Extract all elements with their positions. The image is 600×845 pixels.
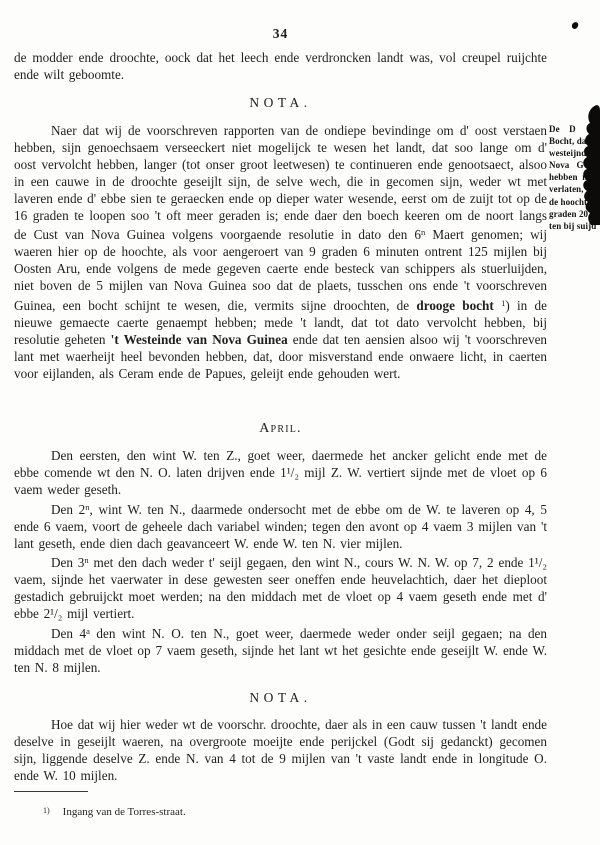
april-entry-2: Den 2n, wint W. ten N., daarmede onderso… bbox=[14, 499, 547, 553]
april-section: Den eersten, den wint W. ten Z., goet we… bbox=[14, 448, 547, 677]
april-entry-3: Den 3n met den dach weder t' seijl gegae… bbox=[14, 552, 547, 623]
nota-section-2: Hoe dat wij hier weder wt de voorschr. d… bbox=[14, 717, 547, 785]
nota-section-1: Naer dat wij de voorschreven rapporten v… bbox=[14, 123, 547, 383]
april-entry-4: Den 4a den wint N. O. ten N., goet weer,… bbox=[14, 623, 547, 677]
footnote: 1)Ingang van de Torres-straat. bbox=[43, 806, 186, 818]
ink-blot bbox=[574, 103, 600, 229]
ink-dot bbox=[571, 21, 579, 30]
nota-paragraph-1: Naer dat wij de voorschreven rapporten v… bbox=[14, 123, 547, 383]
footnote-rule bbox=[14, 791, 88, 792]
footnote-text: Ingang van de Torres-straat. bbox=[63, 806, 186, 818]
intro-paragraph-block: de modder ende droochte, oock dat het le… bbox=[14, 50, 547, 84]
footnote-marker: 1) bbox=[43, 806, 50, 815]
april-heading: April. bbox=[14, 421, 547, 437]
intro-paragraph: de modder ende droochte, oock dat het le… bbox=[14, 50, 547, 84]
april-entry-1: Den eersten, den wint W. ten Z., goet we… bbox=[14, 448, 547, 499]
page-number: 34 bbox=[14, 26, 547, 42]
nota-heading-1: NOTA. bbox=[14, 95, 547, 111]
nota-paragraph-2: Hoe dat wij hier weder wt de voorschr. d… bbox=[14, 717, 547, 785]
book-page: 34 de modder ende droochte, oock dat het… bbox=[0, 0, 600, 845]
nota-heading-2: NOTA. bbox=[14, 690, 547, 706]
